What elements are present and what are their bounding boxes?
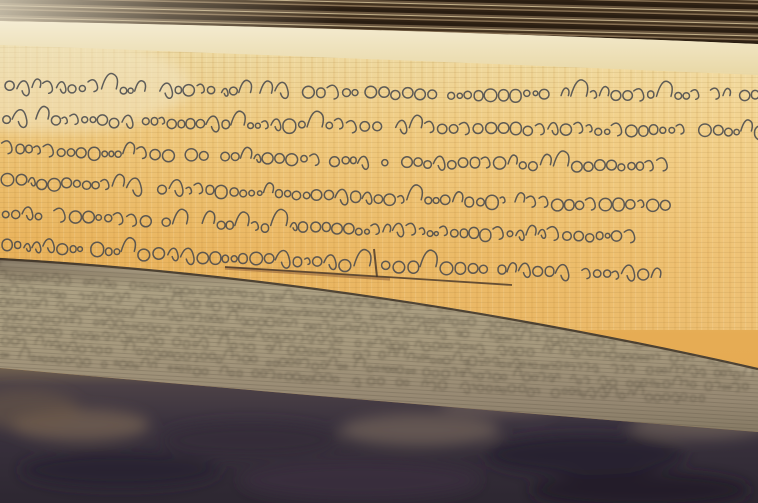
manuscript-photo: [0, 0, 758, 503]
photo-canvas: [0, 0, 758, 503]
